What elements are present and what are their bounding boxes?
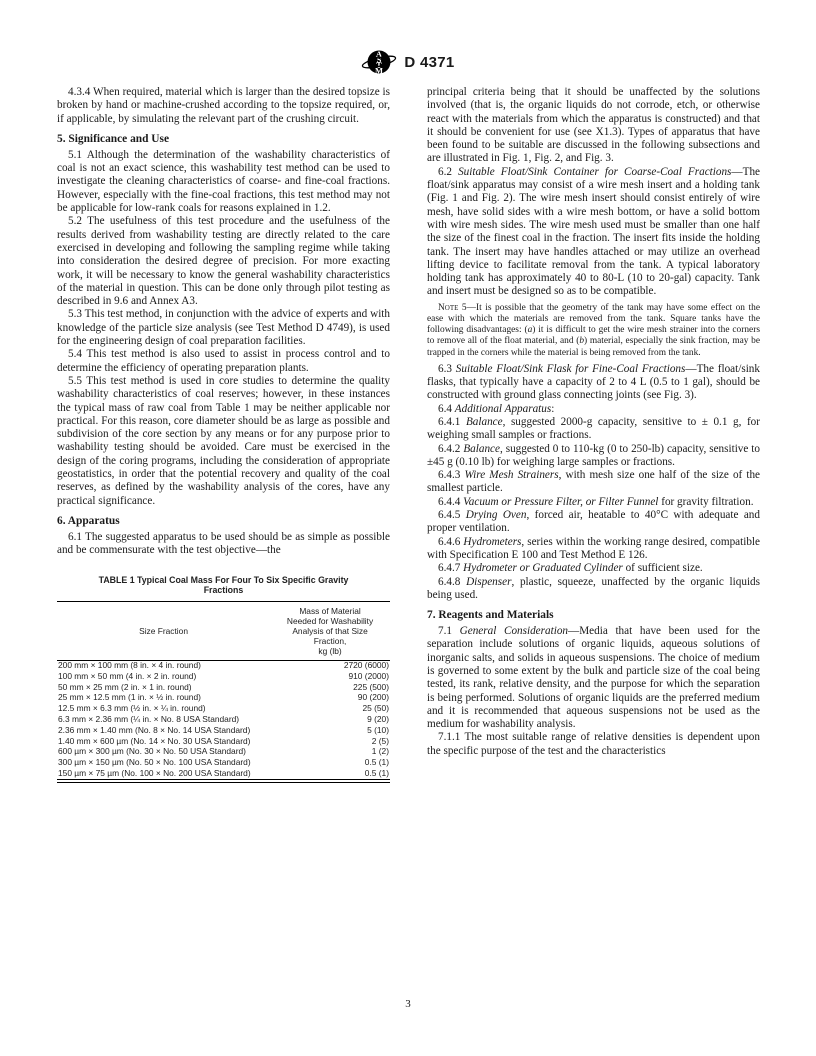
text-run: 7.1.1 The most suitable range of relativ…	[427, 731, 760, 756]
page-number: 3	[405, 998, 411, 1010]
size-fraction-cell: 1.40 mm × 600 µm (No. 14 × No. 30 USA St…	[57, 736, 270, 747]
text-run: 6.4.5	[438, 509, 466, 521]
paragraph: 6.1 The suggested apparatus to be used s…	[57, 531, 390, 558]
section-heading: 7. Reagents and Materials	[427, 609, 760, 621]
paragraph: 6.4.5 Drying Oven, forced air, heatable …	[427, 509, 760, 536]
mass-cell: 1 (2)	[270, 747, 390, 758]
section-heading: 5. Significance and Use	[57, 133, 390, 145]
mass-cell: 90 (200)	[270, 693, 390, 704]
table-row: 2.36 mm × 1.40 mm (No. 8 × No. 14 USA St…	[57, 725, 390, 736]
section-heading: 6. Apparatus	[57, 515, 390, 527]
text-run: 6.4	[438, 403, 455, 415]
size-fraction-cell: 600 µm × 300 µm (No. 30 × No. 50 USA Sta…	[57, 747, 270, 758]
text-run: General Consideration	[460, 625, 568, 637]
text-run: Vacuum or Pressure Filter, or Filter Fun…	[463, 496, 658, 508]
text-run: 6.4.6	[438, 536, 463, 548]
size-fraction-cell: 50 mm × 25 mm (2 in. × 1 in. round)	[57, 682, 270, 693]
mass-cell: 0.5 (1)	[270, 758, 390, 769]
text-run: Suitable Float/Sink Container for Coarse…	[458, 166, 731, 178]
mass-cell: 910 (2000)	[270, 671, 390, 682]
text-run: 4.3.4 When required, material which is l…	[57, 86, 390, 125]
mass-cell: 225 (500)	[270, 682, 390, 693]
size-fraction-cell: 100 mm × 50 mm (4 in. × 2 in. round)	[57, 671, 270, 682]
text-run: 6.4.2	[438, 443, 463, 455]
text-run: 7.1	[438, 625, 460, 637]
text-run: —Media that have been used for the separ…	[427, 625, 760, 730]
text-run: 6.4.4	[438, 496, 463, 508]
text-run: Note 5	[438, 303, 467, 313]
paragraph: 5.1 Although the determination of the wa…	[57, 149, 390, 215]
mass-cell: 0.5 (1)	[270, 768, 390, 781]
table-1: TABLE 1 Typical Coal Mass For Four To Si…	[57, 575, 390, 784]
text-run: 6.4.3	[438, 469, 464, 481]
text-run: Balance	[463, 443, 500, 455]
paragraph: 4.3.4 When required, material which is l…	[57, 86, 390, 126]
mass-cell: 25 (50)	[270, 704, 390, 715]
text-run: principal criteria being that it should …	[427, 86, 760, 164]
text-run: 5. Significance and Use	[57, 133, 169, 145]
text-run: Hydrometers	[463, 536, 521, 548]
text-run: Wire Mesh Strainers	[464, 469, 558, 481]
table-title: TABLE 1 Typical Coal Mass For Four To Si…	[83, 575, 364, 596]
table-row: 300 µm × 150 µm (No. 50 × No. 100 USA St…	[57, 758, 390, 769]
size-fraction-cell: 2.36 mm × 1.40 mm (No. 8 × No. 14 USA St…	[57, 725, 270, 736]
col-header-mass: Mass of MaterialNeeded for WashabilityAn…	[270, 601, 390, 660]
paragraph: 5.2 The usefulness of this test procedur…	[57, 215, 390, 308]
mass-cell: 2720 (6000)	[270, 660, 390, 671]
text-run: 5.3 This test method, in conjunction wit…	[57, 308, 390, 347]
text-run: 7. Reagents and Materials	[427, 609, 554, 621]
table-row: 100 mm × 50 mm (4 in. × 2 in. round)910 …	[57, 671, 390, 682]
size-fraction-cell: 25 mm × 12.5 mm (1 in. × ½ in. round)	[57, 693, 270, 704]
paragraph: 6.4 Additional Apparatus:	[427, 403, 760, 416]
mass-cell: 5 (10)	[270, 725, 390, 736]
table-row: 6.3 mm × 2.36 mm (¼ in. × No. 8 USA Stan…	[57, 714, 390, 725]
table-row: 25 mm × 12.5 mm (1 in. × ½ in. round)90 …	[57, 693, 390, 704]
text-run: Dispenser	[466, 576, 511, 588]
mass-cell: 2 (5)	[270, 736, 390, 747]
text-run: 5.2 The usefulness of this test procedur…	[57, 215, 390, 307]
page-header: A S T M D 4371	[0, 48, 816, 76]
paragraph: 6.4.4 Vacuum or Pressure Filter, or Filt…	[427, 496, 760, 509]
paragraph: 5.4 This test method is also used to ass…	[57, 348, 390, 375]
text-run: of sufficient size.	[623, 562, 703, 574]
text-run: 6.2	[438, 166, 458, 178]
text-run: for gravity filtration.	[658, 496, 753, 508]
size-fraction-cell: 200 mm × 100 mm (8 in. × 4 in. round)	[57, 660, 270, 671]
doc-code: D 4371	[404, 54, 454, 71]
size-fraction-cell: 150 µm × 75 µm (No. 100 × No. 200 USA St…	[57, 768, 270, 781]
size-fraction-cell: 6.3 mm × 2.36 mm (¼ in. × No. 8 USA Stan…	[57, 714, 270, 725]
paragraph: 5.3 This test method, in conjunction wit…	[57, 308, 390, 348]
table-row: 200 mm × 100 mm (8 in. × 4 in. round)272…	[57, 660, 390, 671]
text-run: 5.1 Although the determination of the wa…	[57, 149, 390, 214]
paragraph: 7.1 General Consideration—Media that hav…	[427, 625, 760, 731]
coal-mass-table: Size FractionMass of MaterialNeeded for …	[57, 601, 390, 784]
text-run: Additional Apparatus	[455, 403, 551, 415]
text-run: 6.4.1	[438, 416, 466, 428]
table-row: 1.40 mm × 600 µm (No. 14 × No. 30 USA St…	[57, 736, 390, 747]
text-run: :	[551, 403, 554, 415]
text-run: 6.4.7	[438, 562, 463, 574]
astm-logo-icon: A S T M	[361, 48, 397, 76]
text-run: 6. Apparatus	[57, 515, 120, 527]
table-row: 600 µm × 300 µm (No. 30 × No. 50 USA Sta…	[57, 747, 390, 758]
document-page: A S T M D 4371 4.3.4 When required, mate…	[0, 0, 816, 1056]
col-header-size-fraction: Size Fraction	[57, 601, 270, 660]
size-fraction-cell: 12.5 mm × 6.3 mm (½ in. × ¼ in. round)	[57, 704, 270, 715]
text-run: Balance	[466, 416, 503, 428]
paragraph: 6.3 Suitable Float/Sink Flask for Fine-C…	[427, 363, 760, 403]
paragraph: 6.2 Suitable Float/Sink Container for Co…	[427, 166, 760, 299]
text-run: 6.1 The suggested apparatus to be used s…	[57, 531, 390, 556]
table-row: 50 mm × 25 mm (2 in. × 1 in. round)225 (…	[57, 682, 390, 693]
text-run: 6.3	[438, 363, 456, 375]
text-run: —The float/sink apparatus may consist of…	[427, 166, 760, 298]
size-fraction-cell: 300 µm × 150 µm (No. 50 × No. 100 USA St…	[57, 758, 270, 769]
paragraph: 6.4.6 Hydrometers, series within the wor…	[427, 536, 760, 563]
right-column: principal criteria being that it should …	[427, 86, 760, 783]
paragraph: principal criteria being that it should …	[427, 86, 760, 166]
paragraph: 7.1.1 The most suitable range of relativ…	[427, 731, 760, 758]
text-run: Suitable Float/Sink Flask for Fine-Coal …	[456, 363, 686, 375]
left-column: 4.3.4 When required, material which is l…	[57, 86, 390, 783]
paragraph: 6.4.2 Balance, suggested 0 to 110-kg (0 …	[427, 443, 760, 470]
text-run: 6.4.8	[438, 576, 466, 588]
text-run: Drying Oven	[466, 509, 527, 521]
text-run: Hydrometer or Graduated Cylinder	[463, 562, 623, 574]
paragraph: 6.4.1 Balance, suggested 2000-g capacity…	[427, 416, 760, 443]
note-paragraph: Note 5—It is possible that the geometry …	[427, 303, 760, 359]
paragraph: 6.4.3 Wire Mesh Strainers, with mesh siz…	[427, 469, 760, 496]
mass-cell: 9 (20)	[270, 714, 390, 725]
two-column-body: 4.3.4 When required, material which is l…	[57, 86, 760, 783]
page-footer: 3	[0, 998, 816, 1010]
table-row: 12.5 mm × 6.3 mm (½ in. × ¼ in. round)25…	[57, 704, 390, 715]
text-run: 5.5 This test method is used in core stu…	[57, 375, 390, 507]
paragraph: 6.4.8 Dispenser, plastic, squeeze, unaff…	[427, 576, 760, 603]
table-row: 150 µm × 75 µm (No. 100 × No. 200 USA St…	[57, 768, 390, 781]
paragraph: 6.4.7 Hydrometer or Graduated Cylinder o…	[427, 562, 760, 575]
paragraph: 5.5 This test method is used in core stu…	[57, 375, 390, 508]
text-run: 5.4 This test method is also used to ass…	[57, 348, 390, 373]
